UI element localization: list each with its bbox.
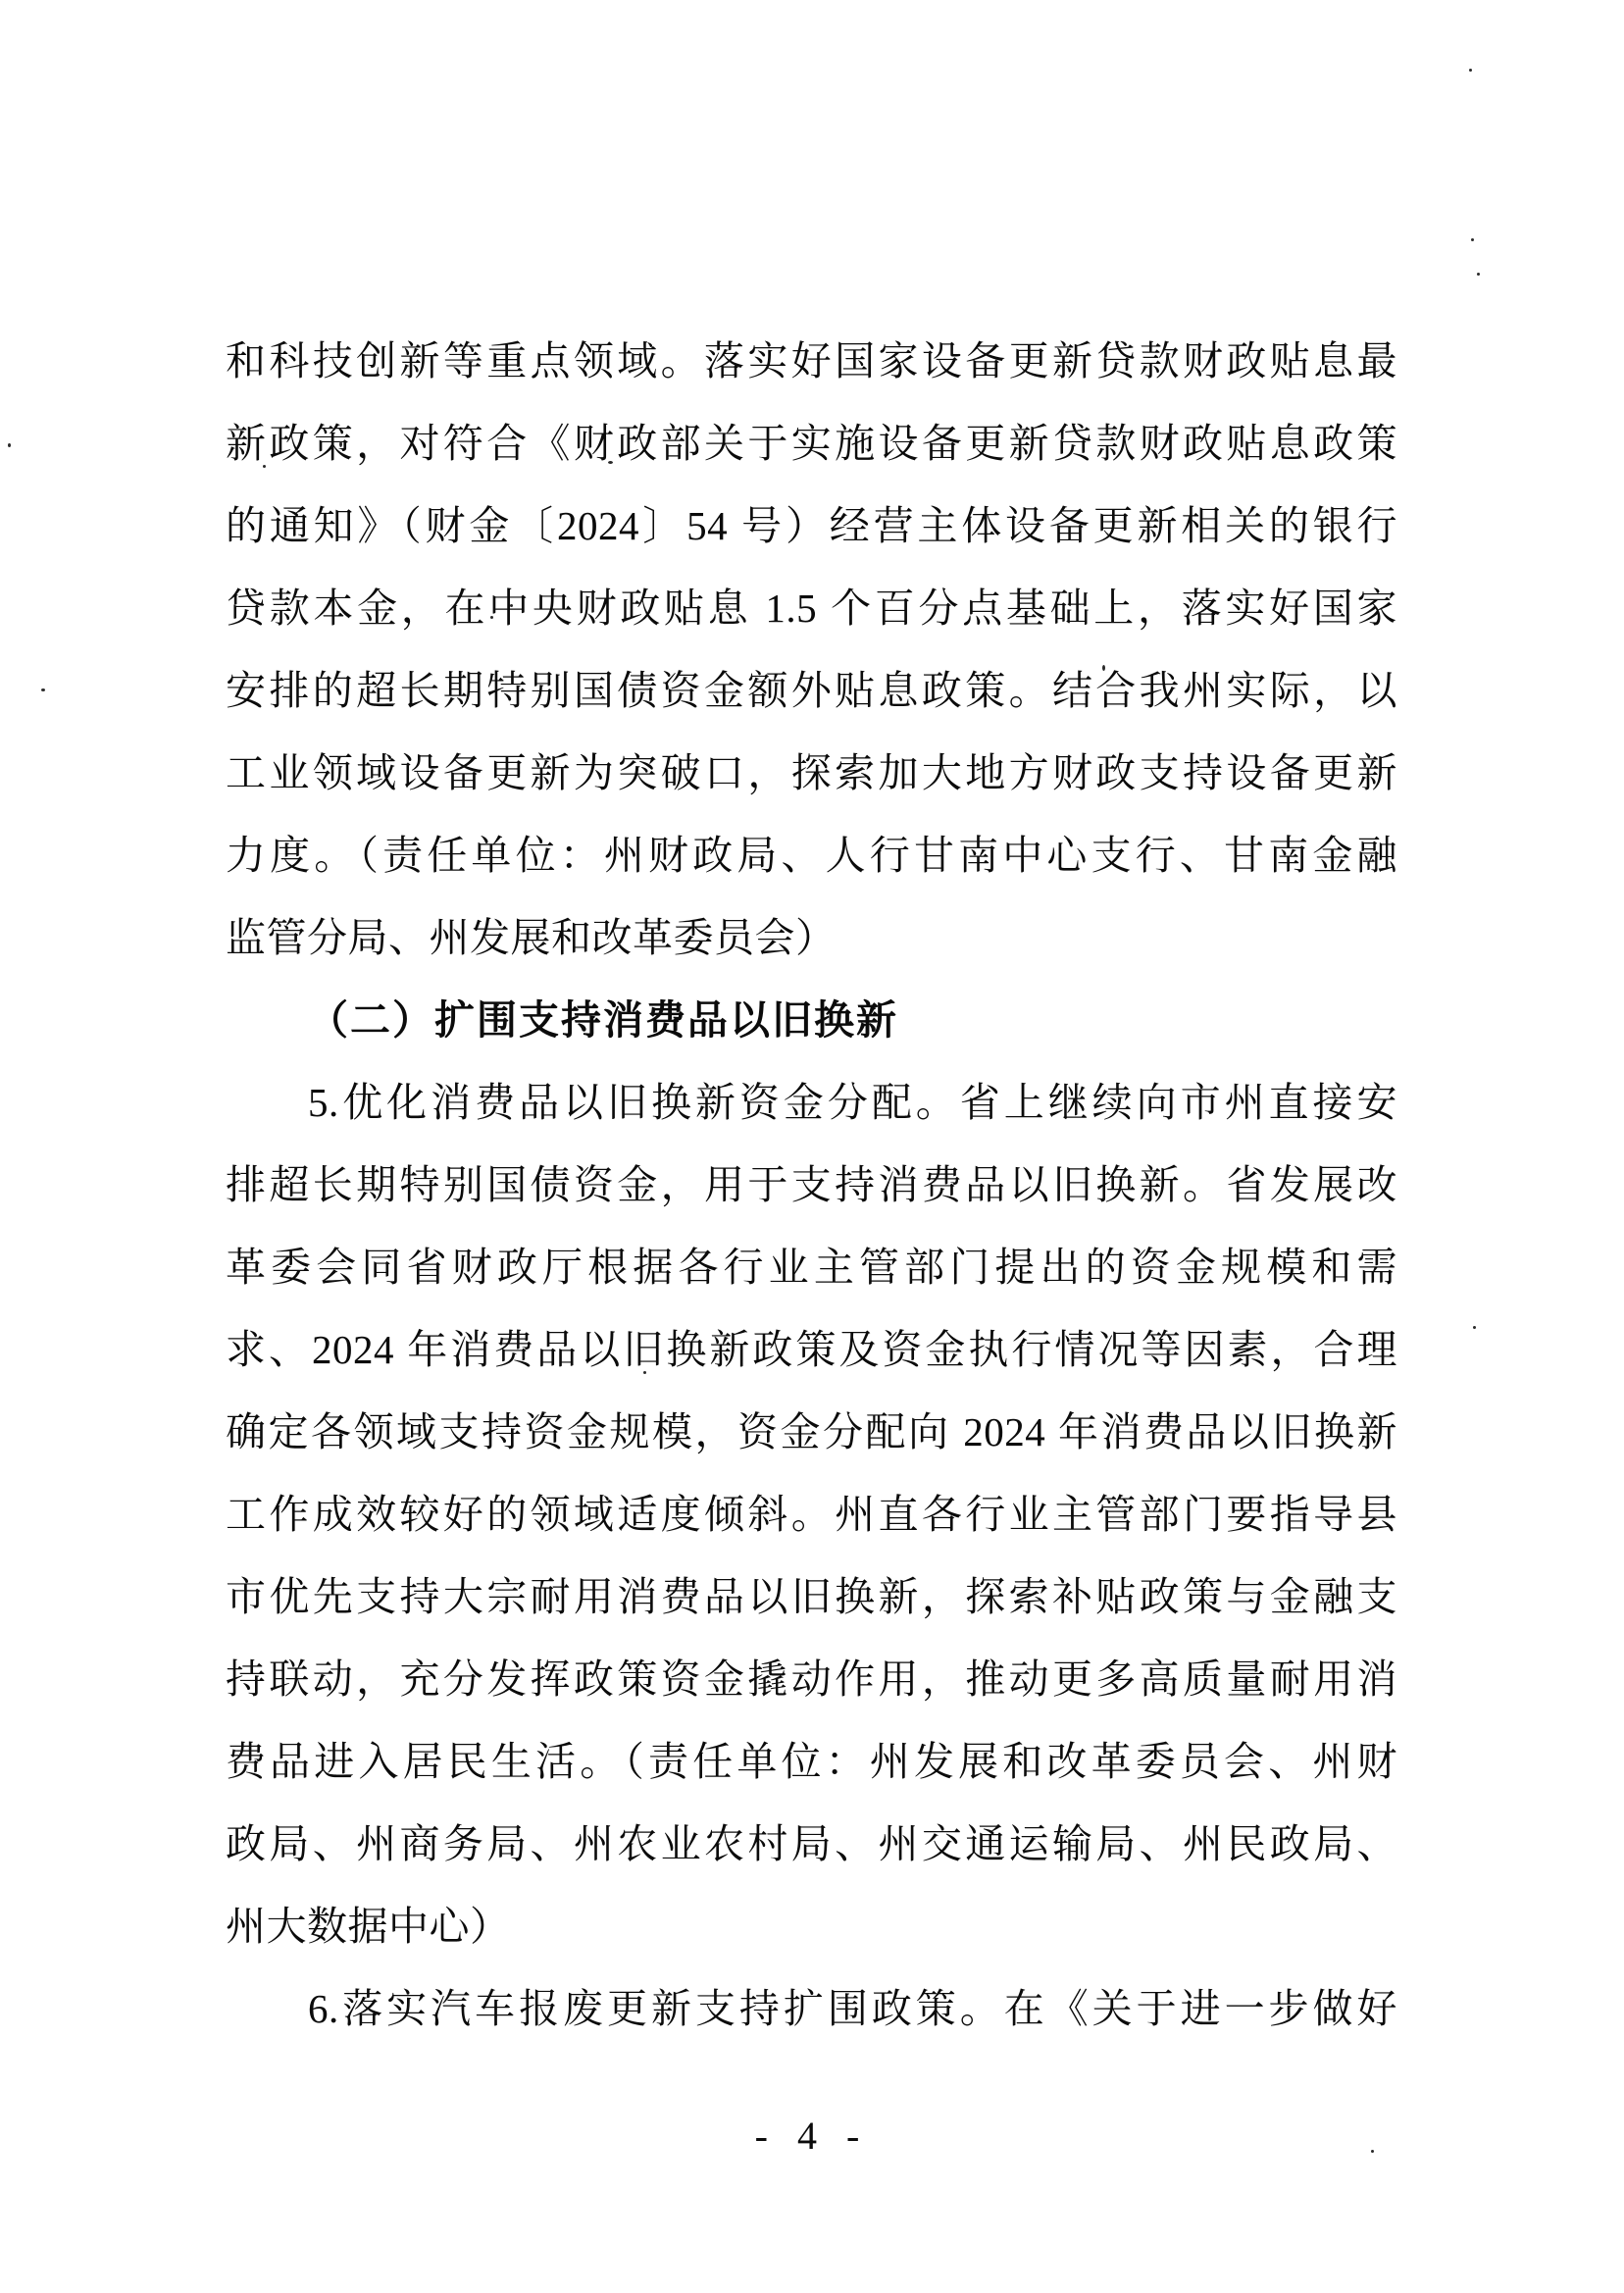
text-line: 政局、州商务局、州农业农村局、州交通运输局、州民政局、 [226,1803,1397,1885]
scan-speck [1469,69,1472,72]
scan-speck [1471,238,1474,241]
scan-speck [263,465,266,468]
scan-speck [339,441,342,447]
scan-speck [1102,665,1105,671]
scan-speck [1473,1326,1476,1329]
text-line: 费品进入居民生活。（责任单位：州发展和改革委员会、州财 [226,1720,1397,1803]
page-number: - 4 - [0,2105,1624,2167]
scan-speck [608,461,613,464]
text-line: 革委会同省财政厅根据各行业主管部门提出的资金规模和需 [226,1226,1397,1308]
section-heading: （二）扩围支持消费品以旧换新 [226,979,1397,1061]
scan-speck [490,616,493,619]
text-line: 市优先支持大宗耐用消费品以旧换新，探索补贴政策与金融支 [226,1555,1397,1638]
text-line: 求、2024 年消费品以旧换新政策及资金执行情况等因素，合理 [226,1308,1397,1391]
text-line: 的通知》（财金〔2024〕54 号）经营主体设备更新相关的银行 [226,484,1397,567]
scan-speck [1477,273,1480,276]
text-line: 确定各领域支持资金规模，资金分配向 2024 年消费品以旧换新 [226,1391,1397,1473]
text-line: 贷款本金，在中央财政贴息 1.5 个百分点基础上，落实好国家 [226,567,1397,649]
text-line: 安排的超长期特别国债资金额外贴息政策。结合我州实际，以 [226,649,1397,732]
text-line: 新政策，对符合《财政部关于实施设备更新贷款财政贴息政策 [226,402,1397,484]
scanned-document-page: 和科技创新等重点领域。落实好国家设备更新贷款财政贴息最 新政策，对符合《财政部关… [0,0,1624,2293]
document-body: 和科技创新等重点领域。落实好国家设备更新贷款财政贴息最 新政策，对符合《财政部关… [226,320,1397,2050]
text-line: 排超长期特别国债资金，用于支持消费品以旧换新。省发展改 [226,1144,1397,1226]
scan-speck [643,1371,646,1374]
text-line: 和科技创新等重点领域。落实好国家设备更新贷款财政贴息最 [226,320,1397,402]
text-line: 州大数据中心） [226,1885,1397,1967]
text-line: 持联动，充分发挥政策资金撬动作用，推动更多高质量耐用消 [226,1638,1397,1720]
scan-speck [726,605,729,608]
scan-speck [41,688,45,691]
text-line: 5.优化消费品以旧换新资金分配。省上继续向市州直接安 [226,1061,1397,1144]
scan-speck [8,443,11,447]
scan-speck [1371,2150,1374,2153]
text-line: 6.落实汽车报废更新支持扩围政策。在《关于进一步做好 [226,1967,1397,2050]
scan-speck [757,1495,760,1498]
text-line: 工业领域设备更新为突破口，探索加大地方财政支持设备更新 [226,732,1397,814]
text-line: 工作成效较好的领域适度倾斜。州直各行业主管部门要指导县 [226,1473,1397,1555]
text-line: 力度。（责任单位：州财政局、人行甘南中心支行、甘南金融 [226,814,1397,896]
scan-speck [510,604,513,607]
text-line: 监管分局、州发展和改革委员会） [226,896,1397,979]
